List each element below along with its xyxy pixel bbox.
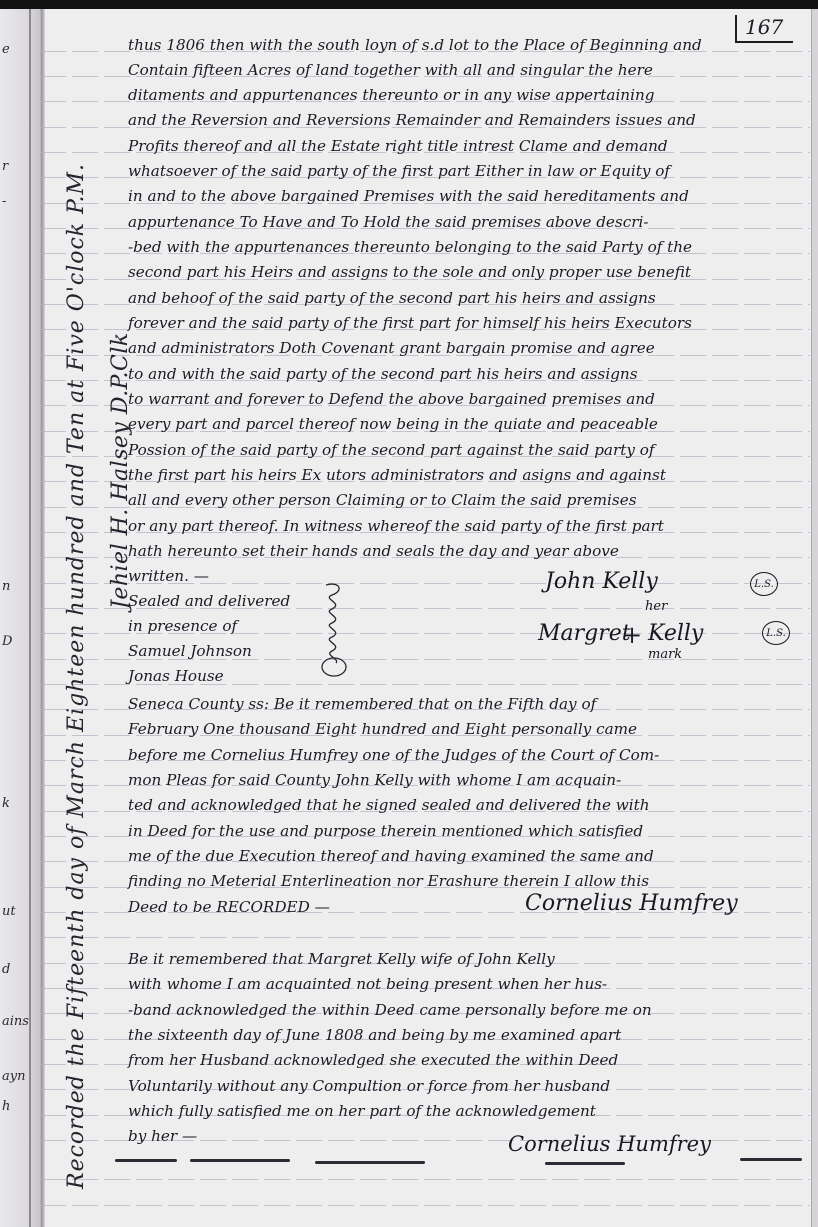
signature-john-kelly: John Kelly xyxy=(545,569,658,594)
deed-line: every part and parcel thereof now being … xyxy=(128,415,658,433)
deed-line: written. — xyxy=(128,567,209,585)
adjacent-page-fragment: h xyxy=(2,1099,10,1114)
deed-line: and behoof of the said party of the seco… xyxy=(128,289,656,307)
acknowledgment-line: ted and acknowledged that he signed seal… xyxy=(128,796,650,814)
acknowledgment-line: Seneca County ss: Be it remembered that … xyxy=(128,695,596,713)
deed-line: ditaments and appurtenances thereunto or… xyxy=(128,86,654,104)
acknowledgment-line: Deed to be RECORDED — xyxy=(128,898,330,916)
scan-top-border xyxy=(0,0,818,9)
deed-line: and the Reversion and Reversions Remaind… xyxy=(128,111,696,129)
adjacent-page-fragment: ayn xyxy=(2,1069,25,1084)
judge-signature: Cornelius Humfrey xyxy=(525,891,738,916)
closing-stroke xyxy=(315,1161,425,1164)
acknowledgment-line: finding no Meterial Enterlineation nor E… xyxy=(128,872,649,890)
acknowledgment-line: in Deed for the use and purpose therein … xyxy=(128,822,643,840)
adjacent-page-fragment: k xyxy=(2,796,10,811)
acknowledgment-line: February One thousand Eight hundred and … xyxy=(128,720,637,738)
deed-line: hath hereunto set their hands and seals … xyxy=(128,542,619,560)
wife-acknowledgment-line: by her — xyxy=(128,1127,197,1145)
adjacent-page-fragment: r xyxy=(2,159,8,174)
ruled-line xyxy=(40,1205,810,1206)
wife-acknowledgment-line: the sixteenth day of June 1808 and being… xyxy=(128,1026,621,1044)
seal-icon: L.S. xyxy=(750,572,778,596)
deed-line: in and to the above bargained Premises w… xyxy=(128,187,689,205)
adjacent-page-fragment: D xyxy=(2,634,12,649)
deed-line: forever and the said party of the first … xyxy=(128,314,692,332)
spine-fold-line xyxy=(29,9,31,1227)
ruled-line xyxy=(40,937,810,938)
wife-acknowledgment-line: Be it remembered that Margret Kelly wife… xyxy=(128,950,555,968)
page-number: 167 xyxy=(735,15,793,43)
witness-name: Jonas House xyxy=(128,667,224,685)
deed-line: second part his Heirs and assigns to the… xyxy=(128,263,691,281)
deed-line: -bed with the appurtenances thereunto be… xyxy=(128,238,692,256)
closing-stroke xyxy=(190,1159,290,1162)
bracket-flourish-icon xyxy=(318,579,358,679)
deed-line: and administrators Doth Covenant grant b… xyxy=(128,339,655,357)
deed-line: whatsoever of the said party of the firs… xyxy=(128,162,670,180)
deed-line: thus 1806 then with the south loyn of s.… xyxy=(128,36,702,54)
deed-line: Profits thereof and all the Estate right… xyxy=(128,137,668,155)
adjacent-page-fragment: d xyxy=(2,962,10,977)
page-right-edge xyxy=(811,9,818,1227)
ruled-line xyxy=(40,1179,810,1180)
judge-signature: Cornelius Humfrey xyxy=(508,1132,711,1156)
acknowledgment-line: me of the due Execution thereof and havi… xyxy=(128,847,654,865)
deed-line: to warrant and forever to Defend the abo… xyxy=(128,390,655,408)
mark-cross-icon: + xyxy=(622,621,642,649)
closing-stroke xyxy=(115,1159,177,1162)
adjacent-page-fragment: ains xyxy=(2,1014,29,1029)
witness-name: Samuel Johnson xyxy=(128,642,252,660)
deed-line: or any part thereof. In witness whereof … xyxy=(128,517,664,535)
acknowledgment-line: before me Cornelius Humfrey one of the J… xyxy=(128,746,659,764)
deed-line: the first part his heirs Ex utors admini… xyxy=(128,466,666,484)
witness-line: in presence of xyxy=(128,617,237,635)
witness-line: Sealed and delivered xyxy=(128,592,290,610)
wife-acknowledgment-line: Voluntarily without any Compultion or fo… xyxy=(128,1077,610,1095)
closing-stroke xyxy=(545,1162,625,1165)
adjacent-page-fragment: - xyxy=(2,194,6,209)
deed-line: Contain fifteen Acres of land together w… xyxy=(128,61,653,79)
recording-margin-note: Recorded the Fifteenth day of March Eigh… xyxy=(64,163,89,1189)
signature-margret-last: Kelly xyxy=(648,621,703,646)
mark-label: mark xyxy=(648,647,682,662)
acknowledgment-line: mon Pleas for said County John Kelly wit… xyxy=(128,771,621,789)
deed-line: to and with the said party of the second… xyxy=(128,365,638,383)
book-gutter xyxy=(0,9,45,1227)
wife-acknowledgment-line: which fully satisfied me on her part of … xyxy=(128,1102,596,1120)
deed-line: all and every other person Claiming or t… xyxy=(128,491,637,509)
deed-line: appurtenance To Have and To Hold the sai… xyxy=(128,213,648,231)
wife-acknowledgment-line: from her Husband acknowledged she execut… xyxy=(128,1051,618,1069)
wife-acknowledgment-line: -band acknowledged the within Deed came … xyxy=(128,1001,652,1019)
deed-line: Possion of the said party of the second … xyxy=(128,441,655,459)
adjacent-page-fragment: n xyxy=(2,579,10,594)
signature-margret-first: Margret xyxy=(538,621,631,646)
seal-icon: L.S. xyxy=(762,621,790,645)
wife-acknowledgment-line: with whome I am acquainted not being pre… xyxy=(128,975,607,993)
ledger-page: e r - n D k ut d ains ayn h 167 Recorded… xyxy=(0,9,818,1227)
adjacent-page-fragment: e xyxy=(2,42,10,57)
closing-stroke xyxy=(740,1158,802,1161)
adjacent-page-fragment: ut xyxy=(2,904,16,919)
her-label: her xyxy=(645,599,667,614)
